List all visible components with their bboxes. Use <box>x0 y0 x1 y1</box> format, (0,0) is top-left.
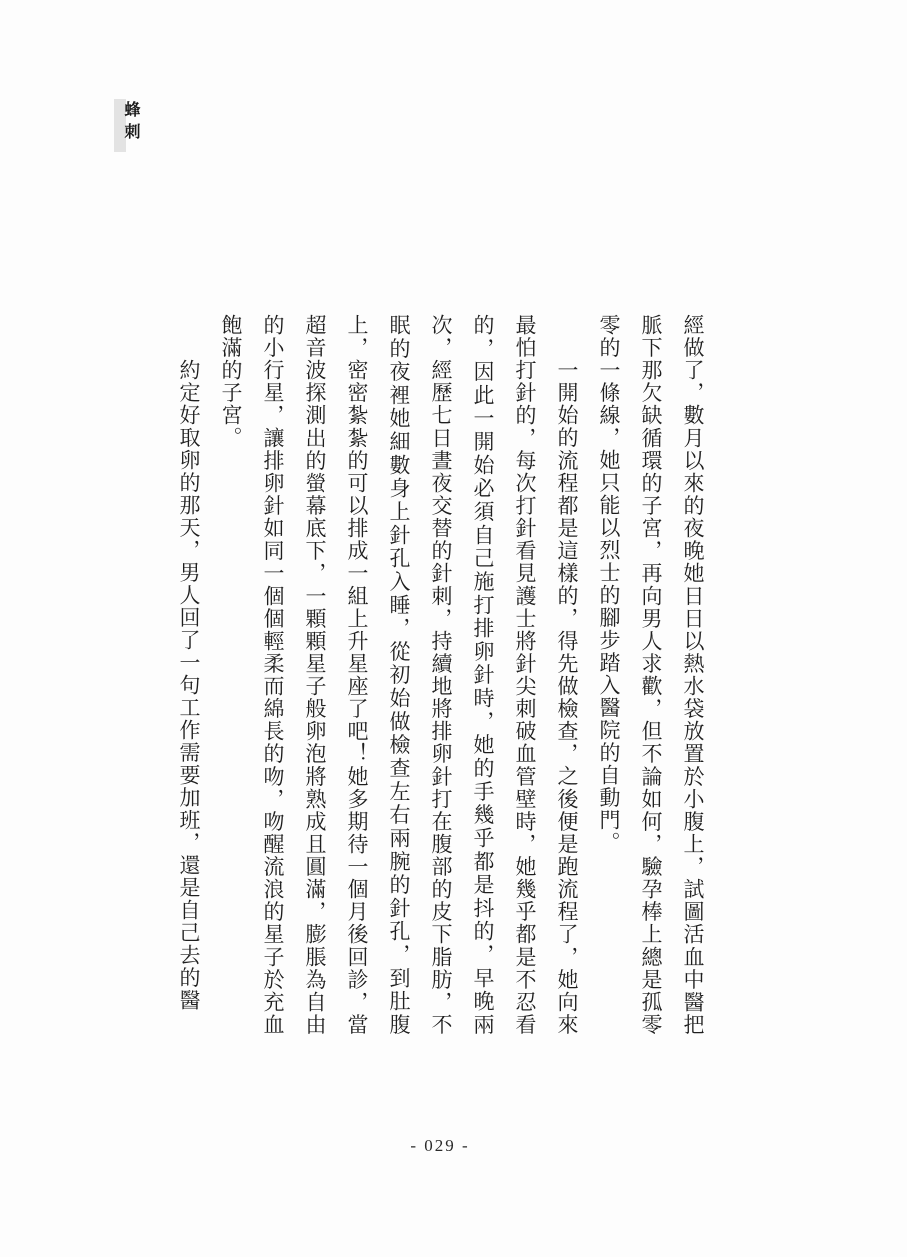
paragraph: 約定好取卵的那天，男人回了一句工作需要加班，還是自己去的醫 <box>168 314 210 1036</box>
page-number: - 029 - <box>375 1136 505 1156</box>
paragraph: 經做了，數月以來的夜晚她日日以熱水袋放置於小腹上，試圖活血中醫把脈下那欠缺循環的… <box>588 314 714 1036</box>
paragraph: 一開始的流程都是這樣的，得先做檢查，之後便是跑流程了，她向來最怕打針的，每次打針… <box>210 314 588 1036</box>
book-title: 蜂刺 <box>119 101 142 145</box>
body-text: 經做了，數月以來的夜晚她日日以熱水袋放置於小腹上，試圖活血中醫把脈下那欠缺循環的… <box>168 314 714 1036</box>
